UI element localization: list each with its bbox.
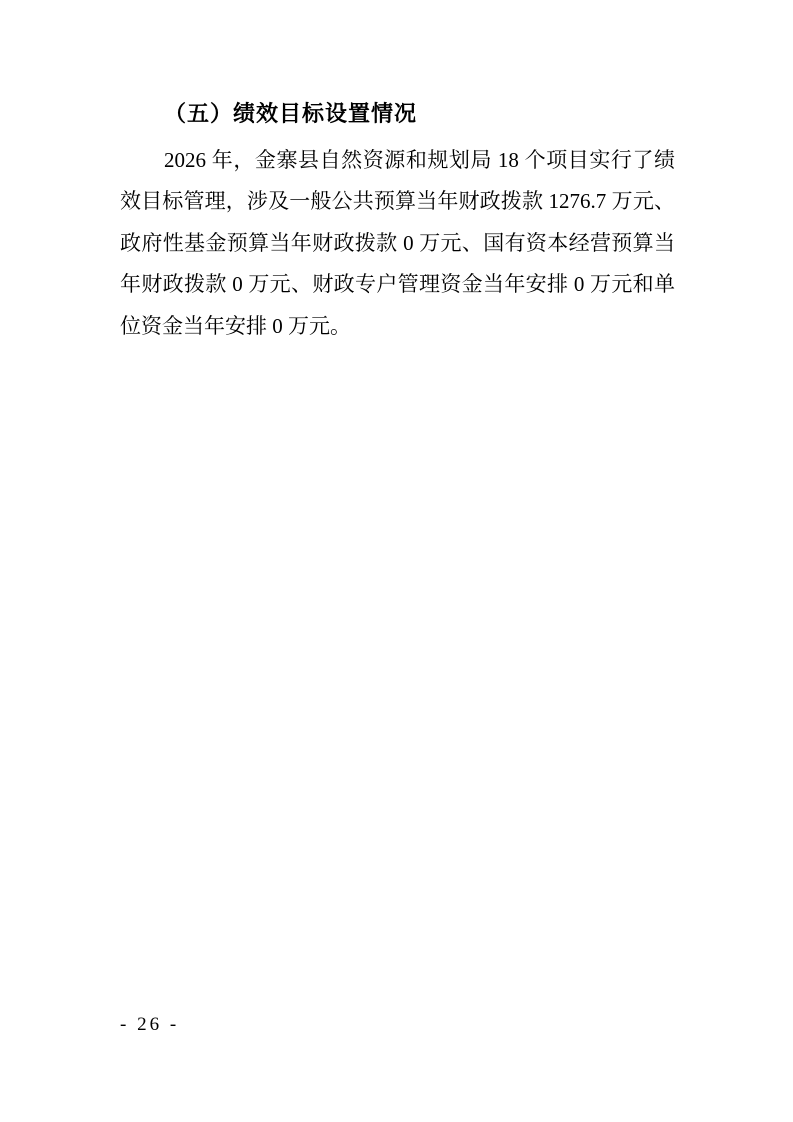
body-paragraph: 2026 年，金寨县自然资源和规划局 18 个项目实行了绩 效目标管理，涉及一般… bbox=[120, 140, 675, 347]
document-content: （五）绩效目标设置情况 2026 年，金寨县自然资源和规划局 18 个项目实行了… bbox=[120, 98, 675, 347]
paragraph-line-2: 效目标管理，涉及一般公共预算当年财政拨款 1276.7 万元、 bbox=[120, 181, 675, 222]
paragraph-line-4: 年财政拨款 0 万元、财政专户管理资金当年安排 0 万元和单 bbox=[120, 264, 675, 305]
paragraph-line-5: 位资金当年安排 0 万元。 bbox=[120, 306, 675, 347]
paragraph-line-1: 2026 年，金寨县自然资源和规划局 18 个项目实行了绩 bbox=[120, 140, 675, 181]
page-number: - 26 - bbox=[120, 1014, 179, 1036]
paragraph-line-3: 政府性基金预算当年财政拨款 0 万元、国有资本经营预算当 bbox=[120, 223, 675, 264]
section-heading: （五）绩效目标设置情况 bbox=[164, 98, 675, 130]
document-page: （五）绩效目标设置情况 2026 年，金寨县自然资源和规划局 18 个项目实行了… bbox=[0, 0, 793, 1122]
